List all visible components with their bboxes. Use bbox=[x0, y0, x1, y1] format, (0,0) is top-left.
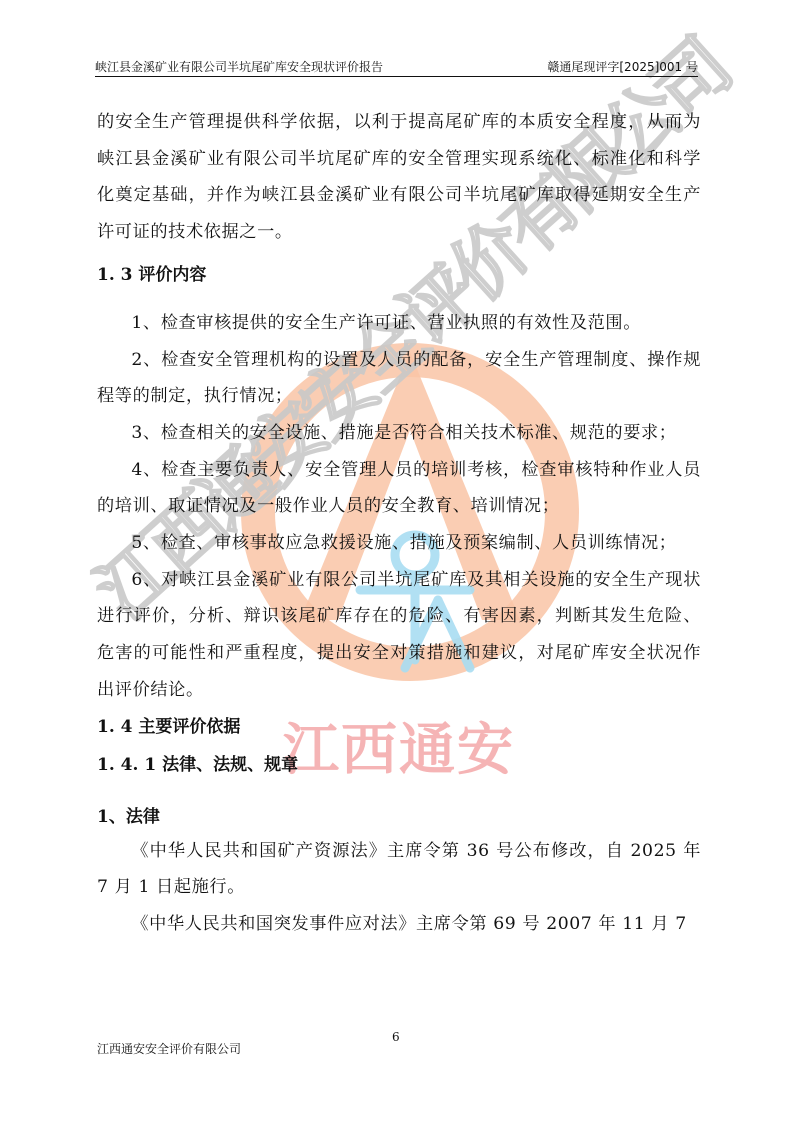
law-item: 《中华人民共和国矿产资源法》主席令第 36 号公布修改，自 2025 年 7 月… bbox=[97, 833, 701, 906]
intro-paragraph: 的安全生产管理提供科学依据，以利于提高尾矿库的本质安全程度，从而为峡江县金溪矿业… bbox=[97, 104, 701, 251]
law-item: 《中华人民共和国突发事件应对法》主席令第 69 号 2007 年 11 月 7 bbox=[97, 906, 701, 943]
footer-company-name: 江西通安安全评价有限公司 bbox=[97, 1040, 241, 1057]
section-heading-1-4: 1. 4 主要评价依据 bbox=[97, 715, 701, 739]
list-item: 5、检查、审核事故应急救援设施、措施及预案编制、人员训练情况； bbox=[97, 525, 701, 562]
list-item: 6、对峡江县金溪矿业有限公司半坑尾矿库及其相关设施的安全生产现状进行评价，分析、… bbox=[97, 562, 701, 709]
list-item: 4、检查主要负责人、安全管理人员的培训考核，检查审核特种作业人员的培训、取证情况… bbox=[97, 452, 701, 525]
document-page: 江西通安安全评价有限公司 江西通安 峡江县金溪矿业有限公司半坑尾矿库安全现状评价… bbox=[0, 0, 793, 1122]
list-item: 2、检查安全管理机构的设置及人员的配备，安全生产管理制度、操作规程等的制定，执行… bbox=[97, 342, 701, 415]
law-category-heading: 1、法律 bbox=[97, 805, 701, 829]
section-heading-1-3: 1. 3 评价内容 bbox=[97, 263, 701, 287]
header-report-title: 峡江县金溪矿业有限公司半坑尾矿库安全现状评价报告 bbox=[95, 58, 383, 75]
list-item: 1、检查审核提供的安全生产许可证、营业执照的有效性及范围。 bbox=[97, 305, 701, 342]
list-item: 3、检查相关的安全设施、措施是否符合相关技术标准、规范的要求； bbox=[97, 415, 701, 452]
header-doc-number: 赣通尾现评字[2025]001 号 bbox=[547, 58, 698, 75]
page-header: 峡江县金溪矿业有限公司半坑尾矿库安全现状评价报告 赣通尾现评字[2025]001… bbox=[95, 56, 698, 77]
subsection-heading-1-4-1: 1. 4. 1 法律、法规、规章 bbox=[97, 753, 701, 777]
document-body: 的安全生产管理提供科学依据，以利于提高尾矿库的本质安全程度，从而为峡江县金溪矿业… bbox=[97, 104, 701, 943]
page-number: 6 bbox=[392, 1030, 400, 1044]
